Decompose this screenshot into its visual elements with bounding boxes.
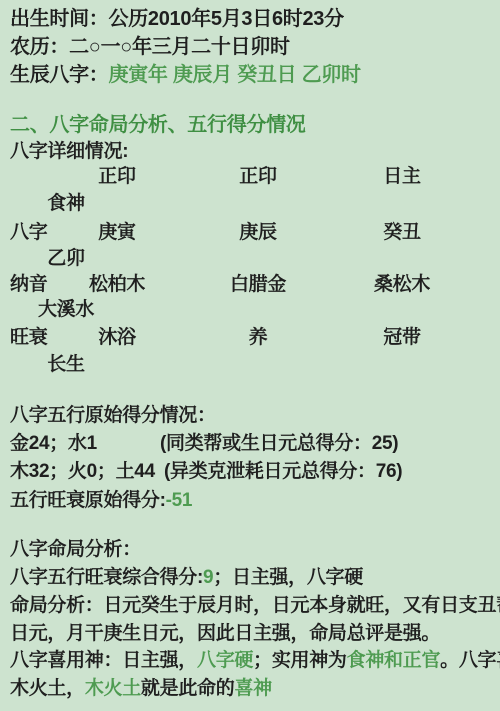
month-cell: 正印 bbox=[239, 164, 276, 190]
bazi-pillars-line: 生辰八字：庚寅年 庚辰月 癸丑日 乙卯时 bbox=[10, 62, 361, 88]
analysis-xiyong-line2: 木火土，木火土就是此命的喜神 bbox=[10, 676, 272, 702]
scores-origin-value: -51 bbox=[166, 490, 193, 511]
day-cell: 桑松木 bbox=[374, 272, 430, 298]
row-label: 纳音 bbox=[10, 272, 47, 298]
day-cell: 冠带 bbox=[383, 325, 420, 351]
analysis-mingju-line1: 命局分析：日元癸生于辰月时，日元本身就旺，又有日支丑帮 bbox=[10, 593, 500, 619]
xiyong-seg-green: 木火土 bbox=[85, 678, 141, 699]
scores-same-total: (同类帮或生日元总得分：25) bbox=[160, 431, 398, 457]
day-cell: 癸丑 bbox=[383, 220, 420, 246]
xiyong-seg: 。八字喜 bbox=[440, 650, 500, 671]
scores-origin-label: 五行旺衰原始得分: bbox=[10, 490, 166, 511]
xiyong-seg: ；实用神为 bbox=[253, 650, 347, 671]
month-cell: 庚辰 bbox=[239, 220, 276, 246]
scores-origin-line: 五行旺衰原始得分:-51 bbox=[10, 488, 192, 514]
year-cell: 沐浴 bbox=[98, 325, 135, 351]
hour-cell: 食神 bbox=[47, 191, 84, 217]
analysis-heading: 八字命局分析： bbox=[10, 537, 141, 563]
year-cell: 正印 bbox=[98, 164, 135, 190]
analysis-xiyong-line1: 八字喜用神：日主强，八字硬；实用神为食神和正官。八字喜 bbox=[10, 648, 500, 674]
year-cell: 庚寅 bbox=[98, 220, 135, 246]
year-cell: 松柏木 bbox=[89, 272, 145, 298]
composite-value: 9 bbox=[203, 567, 213, 588]
xiyong-seg: 八字喜用神：日主强， bbox=[10, 650, 197, 671]
detail-heading: 八字详细情况: bbox=[10, 139, 128, 165]
birth-time-lunar: 农历：二○一○年三月二十日卯时 bbox=[10, 34, 290, 60]
day-cell: 日主 bbox=[383, 164, 420, 190]
xiyong-seg-green: 喜神 bbox=[234, 678, 271, 699]
birth-time-solar: 出生时间：公历2010年5月3日6时23分 bbox=[10, 6, 344, 32]
hour-cell: 大溪水 bbox=[38, 297, 94, 323]
month-cell: 养 bbox=[249, 325, 268, 351]
row-label: 八字 bbox=[10, 220, 47, 246]
composite-label: 八字五行旺衰综合得分: bbox=[10, 567, 203, 588]
hour-cell: 乙卯 bbox=[47, 246, 84, 272]
hour-cell: 长生 bbox=[47, 352, 84, 378]
bazi-pillars-label: 生辰八字： bbox=[10, 64, 109, 86]
composite-rest: ；日主强，八字硬 bbox=[213, 567, 363, 588]
xiyong-seg-green: 八字硬 bbox=[197, 650, 253, 671]
row-label: 旺衰 bbox=[10, 325, 47, 351]
scores-same-values: 金24；水1 bbox=[10, 431, 97, 457]
xiyong-seg-green: 食神和正官 bbox=[347, 650, 441, 671]
bazi-report-page: 出生时间：公历2010年5月3日6时23分 农历：二○一○年三月二十日卯时 生辰… bbox=[0, 0, 500, 711]
xiyong-seg: 就是此命的 bbox=[141, 678, 235, 699]
scores-heading: 八字五行原始得分情况： bbox=[10, 403, 216, 429]
bazi-pillars-value: 庚寅年 庚辰月 癸丑日 乙卯时 bbox=[109, 64, 361, 86]
section-title: 二、八字命局分析、五行得分情况 bbox=[10, 112, 306, 138]
xiyong-seg: 木火土， bbox=[10, 678, 85, 699]
month-cell: 白腊金 bbox=[230, 272, 286, 298]
analysis-composite-line: 八字五行旺衰综合得分:9；日主强，八字硬 bbox=[10, 565, 363, 591]
analysis-mingju-line2: 日元，月干庚生日元，因此日主强，命局总评是强。 bbox=[10, 621, 440, 647]
scores-diff-values: 木32；火0；土44 bbox=[10, 459, 155, 485]
scores-diff-total: (异类克泄耗日元总得分：76) bbox=[164, 459, 402, 485]
